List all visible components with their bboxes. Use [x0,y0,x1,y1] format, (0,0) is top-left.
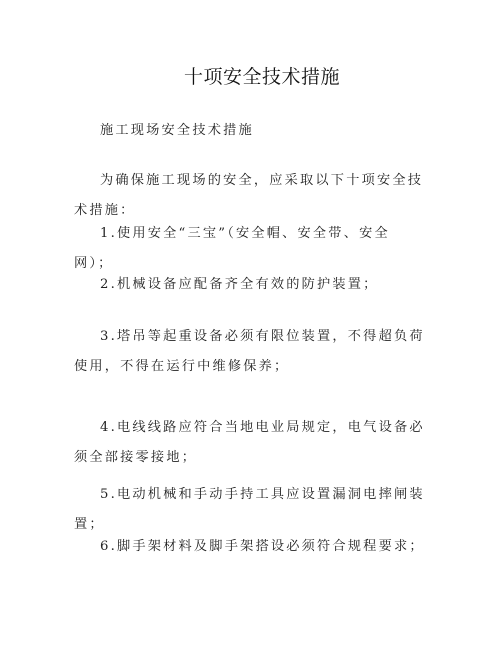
list-item-2: 2.机械设备应配备齐全有效的防护装置； [74,270,426,300]
section-heading: 施工现场安全技术措施 [74,116,426,146]
list-item-6: 6.脚手架材料及脚手架搭设必须符合规程要求； [74,532,426,562]
list-item-5: 5.电动机械和手动手持工具应设置漏洞电摔闸装置； [74,480,426,540]
document-title: 十项安全技术措施 [0,62,500,89]
list-item-4: 4.电线线路应符合当地电业局规定，电气设备必须全部接零接地； [74,413,426,473]
intro-paragraph: 为确保施工现场的安全，应采取以下十项安全技术措施： [74,166,426,226]
list-item-3: 3.塔吊等起重设备必须有限位装置，不得超负荷使用，不得在运行中维修保养； [74,322,426,382]
document-page: 十项安全技术措施 施工现场安全技术措施 为确保施工现场的安全，应采取以下十项安全… [0,0,500,647]
